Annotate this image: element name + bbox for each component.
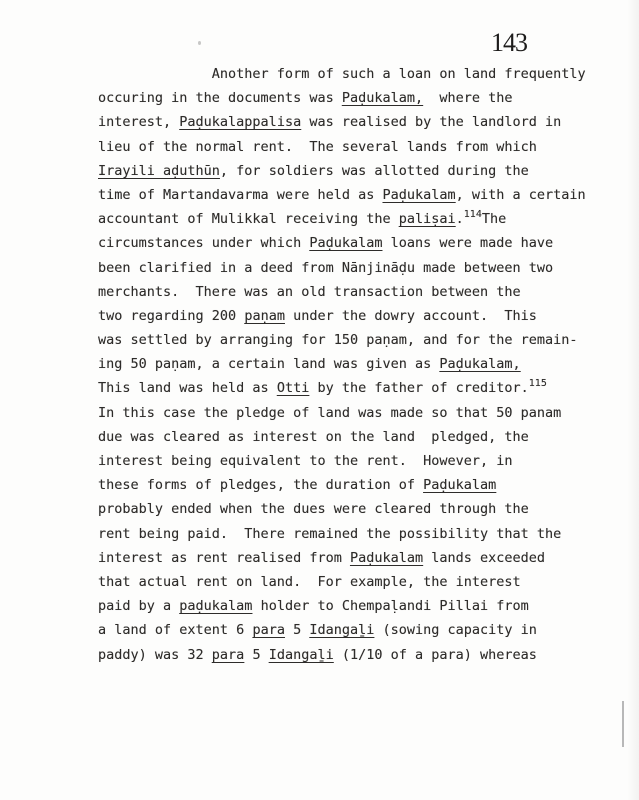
text-segment: lieu of the normal rent. The several lan…: [98, 139, 537, 155]
text-line: In this case the pledge of land was made…: [98, 401, 586, 425]
text-segment: .: [456, 211, 464, 227]
text-segment: these forms of pledges, the duration of: [98, 477, 423, 493]
text-line: rent being paid. There remained the poss…: [98, 522, 586, 546]
text-segment: a land of extent 6: [98, 622, 252, 638]
underlined-term: paḍukalam: [179, 598, 252, 614]
text-line: paid by a paḍukalam holder to Chempaḷand…: [98, 594, 586, 618]
text-segment: holder to Chempaḷandi Pillai from: [252, 598, 528, 614]
text-line: two regarding 200 paṇam under the dowry …: [98, 304, 586, 328]
text-segment: 5: [244, 647, 268, 663]
text-segment: paid by a: [98, 598, 179, 614]
text-line: due was cleared as interest on the land …: [98, 425, 586, 449]
text-segment: interest as rent realised from: [98, 550, 350, 566]
text-segment: due was cleared as interest on the land …: [98, 429, 529, 445]
underlined-term: Paḍukalam,: [342, 90, 423, 106]
underlined-term: Idangaḻi: [309, 622, 374, 638]
text-line: Irayili aḍuthūn, for soldiers was allott…: [98, 159, 586, 183]
text-segment: , with a certain: [456, 187, 586, 203]
text-segment: interest,: [98, 114, 179, 130]
text-line: occuring in the documents was Paḍukalam,…: [98, 86, 586, 110]
text-line: ing 50 paṇam, a certain land was given a…: [98, 352, 586, 376]
text-line: circumstances under which Paḍukalam loan…: [98, 231, 586, 255]
footnote-reference: 115: [529, 378, 547, 389]
underlined-term: paṇam: [244, 308, 285, 324]
page-number: 143: [491, 28, 527, 58]
text-line: paddy) was 32 para 5 Idangaḻi (1/10 of a…: [98, 643, 586, 667]
underlined-term: paliṣai: [399, 211, 456, 227]
text-segment: where the: [423, 90, 512, 106]
footnote-reference: 114: [464, 209, 482, 220]
underlined-term: para: [252, 622, 285, 638]
text-segment: (1/10 of a para) whereas: [334, 647, 537, 663]
text-line: a land of extent 6 para 5 Idangaḻi (sowi…: [98, 618, 586, 642]
page-edge-shadow: [627, 0, 639, 800]
text-line: This land was held as Otti by the father…: [98, 376, 586, 400]
text-segment: occuring in the documents was: [98, 90, 342, 106]
text-line: been clarified in a deed from Nānjināḍu …: [98, 256, 586, 280]
text-segment: Another form of such a loan on land freq…: [98, 66, 586, 82]
underlined-term: Paḍukalam: [382, 187, 455, 203]
scanned-document-page: 143 Another form of such a loan on land …: [0, 0, 639, 800]
text-line: probably ended when the dues were cleare…: [98, 497, 586, 521]
text-segment: probably ended when the dues were cleare…: [98, 501, 529, 517]
text-segment: time of Martandavarma were held as: [98, 187, 382, 203]
underlined-term: para: [212, 647, 245, 663]
underlined-term: Paḍukalam: [350, 550, 423, 566]
text-segment: accountant of Mulikkal receiving the: [98, 211, 399, 227]
text-segment: under the dowry account. This: [285, 308, 537, 324]
scan-speck-artifact: [198, 41, 201, 45]
body-text: Another form of such a loan on land freq…: [98, 62, 586, 667]
text-segment: loans were made have: [382, 235, 553, 251]
text-line: time of Martandavarma were held as Paḍuk…: [98, 183, 586, 207]
underlined-term: Paḍukalappalisa: [179, 114, 301, 130]
text-segment: The: [482, 211, 506, 227]
scan-line-artifact: [622, 701, 624, 747]
text-segment: paddy) was 32: [98, 647, 212, 663]
underlined-term: Irayili aḍuthūn: [98, 163, 220, 179]
text-segment: rent being paid. There remained the poss…: [98, 526, 561, 542]
text-segment: lands exceeded: [423, 550, 545, 566]
text-segment: interest being equivalent to the rent. H…: [98, 453, 513, 469]
text-line: interest, Paḍukalappalisa was realised b…: [98, 110, 586, 134]
text-segment: by the father of creditor.: [309, 380, 528, 396]
text-line: Another form of such a loan on land freq…: [98, 62, 586, 86]
text-segment: , for soldiers was allotted during the: [220, 163, 529, 179]
text-segment: circumstances under which: [98, 235, 309, 251]
text-line: lieu of the normal rent. The several lan…: [98, 135, 586, 159]
underlined-term: Idangaḻi: [269, 647, 334, 663]
text-segment: This land was held as: [98, 380, 277, 396]
text-segment: was realised by the landlord in: [301, 114, 561, 130]
text-segment: 5: [285, 622, 309, 638]
text-segment: been clarified in a deed from Nānjināḍu …: [98, 260, 553, 276]
text-line: interest being equivalent to the rent. H…: [98, 449, 586, 473]
text-line: these forms of pledges, the duration of …: [98, 473, 586, 497]
text-segment: two regarding 200: [98, 308, 244, 324]
text-line: that actual rent on land. For example, t…: [98, 570, 586, 594]
text-segment: In this case the pledge of land was made…: [98, 405, 561, 421]
text-line: interest as rent realised from Paḍukalam…: [98, 546, 586, 570]
underlined-term: Paḍukalam: [423, 477, 496, 493]
text-segment: merchants. There was an old transaction …: [98, 284, 521, 300]
text-segment: ing 50 paṇam, a certain land was given a…: [98, 356, 439, 372]
text-segment: was settled by arranging for 150 paṇam, …: [98, 332, 578, 348]
text-line: was settled by arranging for 150 paṇam, …: [98, 328, 586, 352]
text-segment: that actual rent on land. For example, t…: [98, 574, 521, 590]
underlined-term: Paḍukalam,: [439, 356, 520, 372]
text-segment: (sowing capacity in: [374, 622, 537, 638]
text-line: merchants. There was an old transaction …: [98, 280, 586, 304]
underlined-term: Paḍukalam: [309, 235, 382, 251]
text-line: accountant of Mulikkal receiving the pal…: [98, 207, 586, 231]
underlined-term: Otti: [277, 380, 310, 396]
